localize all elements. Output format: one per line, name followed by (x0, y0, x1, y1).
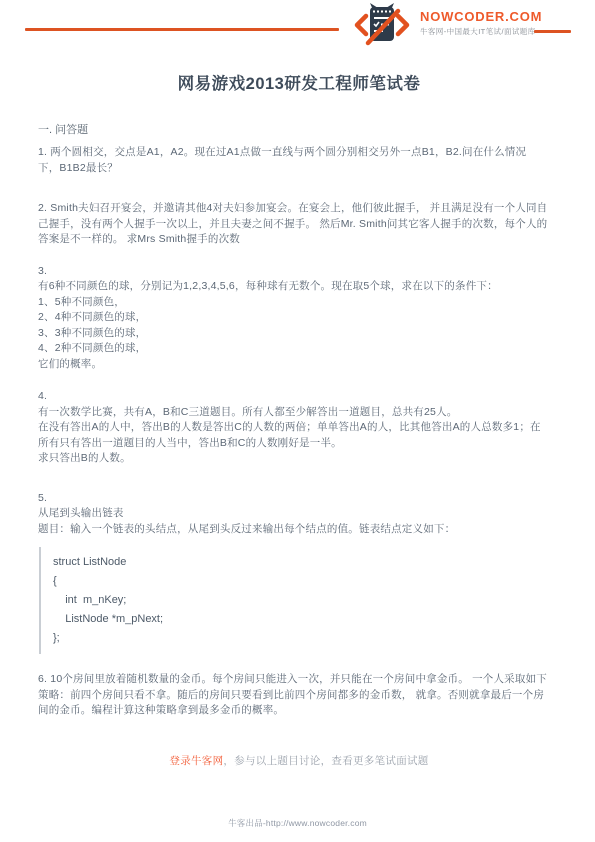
section-heading: 一. 问答题 (38, 121, 560, 137)
login-link[interactable]: 登录牛客网 (169, 755, 223, 767)
login-callout: 登录牛客网，参与以上题目讨论，查看更多笔试面试题 (38, 753, 560, 768)
exam-title: 网易游戏2013研发工程师笔试卷 (38, 70, 560, 94)
exam-content: 网易游戏2013研发工程师笔试卷 一. 问答题 1. 两个圆相交，交点是A1，A… (38, 62, 560, 768)
question-5: 5. 从尾到头输出链表 题目：输入一个链表的头结点，从尾到头反过来输出每个结点的… (38, 491, 560, 538)
code-notepad-icon (353, 2, 411, 48)
question-3: 3. 有6种不同颜色的球，分别记为1,2,3,4,5,6，每种球有无数个。现在取… (38, 264, 560, 373)
question-1: 1. 两个圆相交，交点是A1，A2。现在过A1点做一直线与两个圆分别相交另外一点… (38, 145, 560, 176)
code-listing-listnode: struct ListNode { int m_nKey; ListNode *… (39, 547, 560, 654)
brand-name: NOWCODER.COM (420, 9, 542, 24)
footer-credit: 牛客出品-http://www.nowcoder.com (0, 817, 595, 829)
page-header: NOWCODER.COM 牛客网-中国最大IT笔试/面试题库 (0, 0, 595, 50)
brand-tagline: 牛客网-中国最大IT笔试/面试题库 (420, 26, 536, 37)
question-4: 4. 有一次数学比赛，共有A，B和C三道题目。所有人都至少解答出一道题目，总共有… (38, 389, 560, 467)
header-rule-left (25, 28, 339, 31)
login-callout-text: ，参与以上题目讨论，查看更多笔试面试题 (223, 755, 428, 767)
exam-document-page: NOWCODER.COM 牛客网-中国最大IT笔试/面试题库 网易游戏2013研… (0, 0, 595, 842)
question-6: 6. 10个房间里放着随机数量的金币。每个房间只能进入一次，并只能在一个房间中拿… (38, 672, 560, 719)
header-rule-right (534, 30, 571, 33)
question-2: 2. Smith夫妇召开宴会，并邀请其他4对夫妇参加宴会。在宴会上，他们彼此握手… (38, 201, 560, 248)
